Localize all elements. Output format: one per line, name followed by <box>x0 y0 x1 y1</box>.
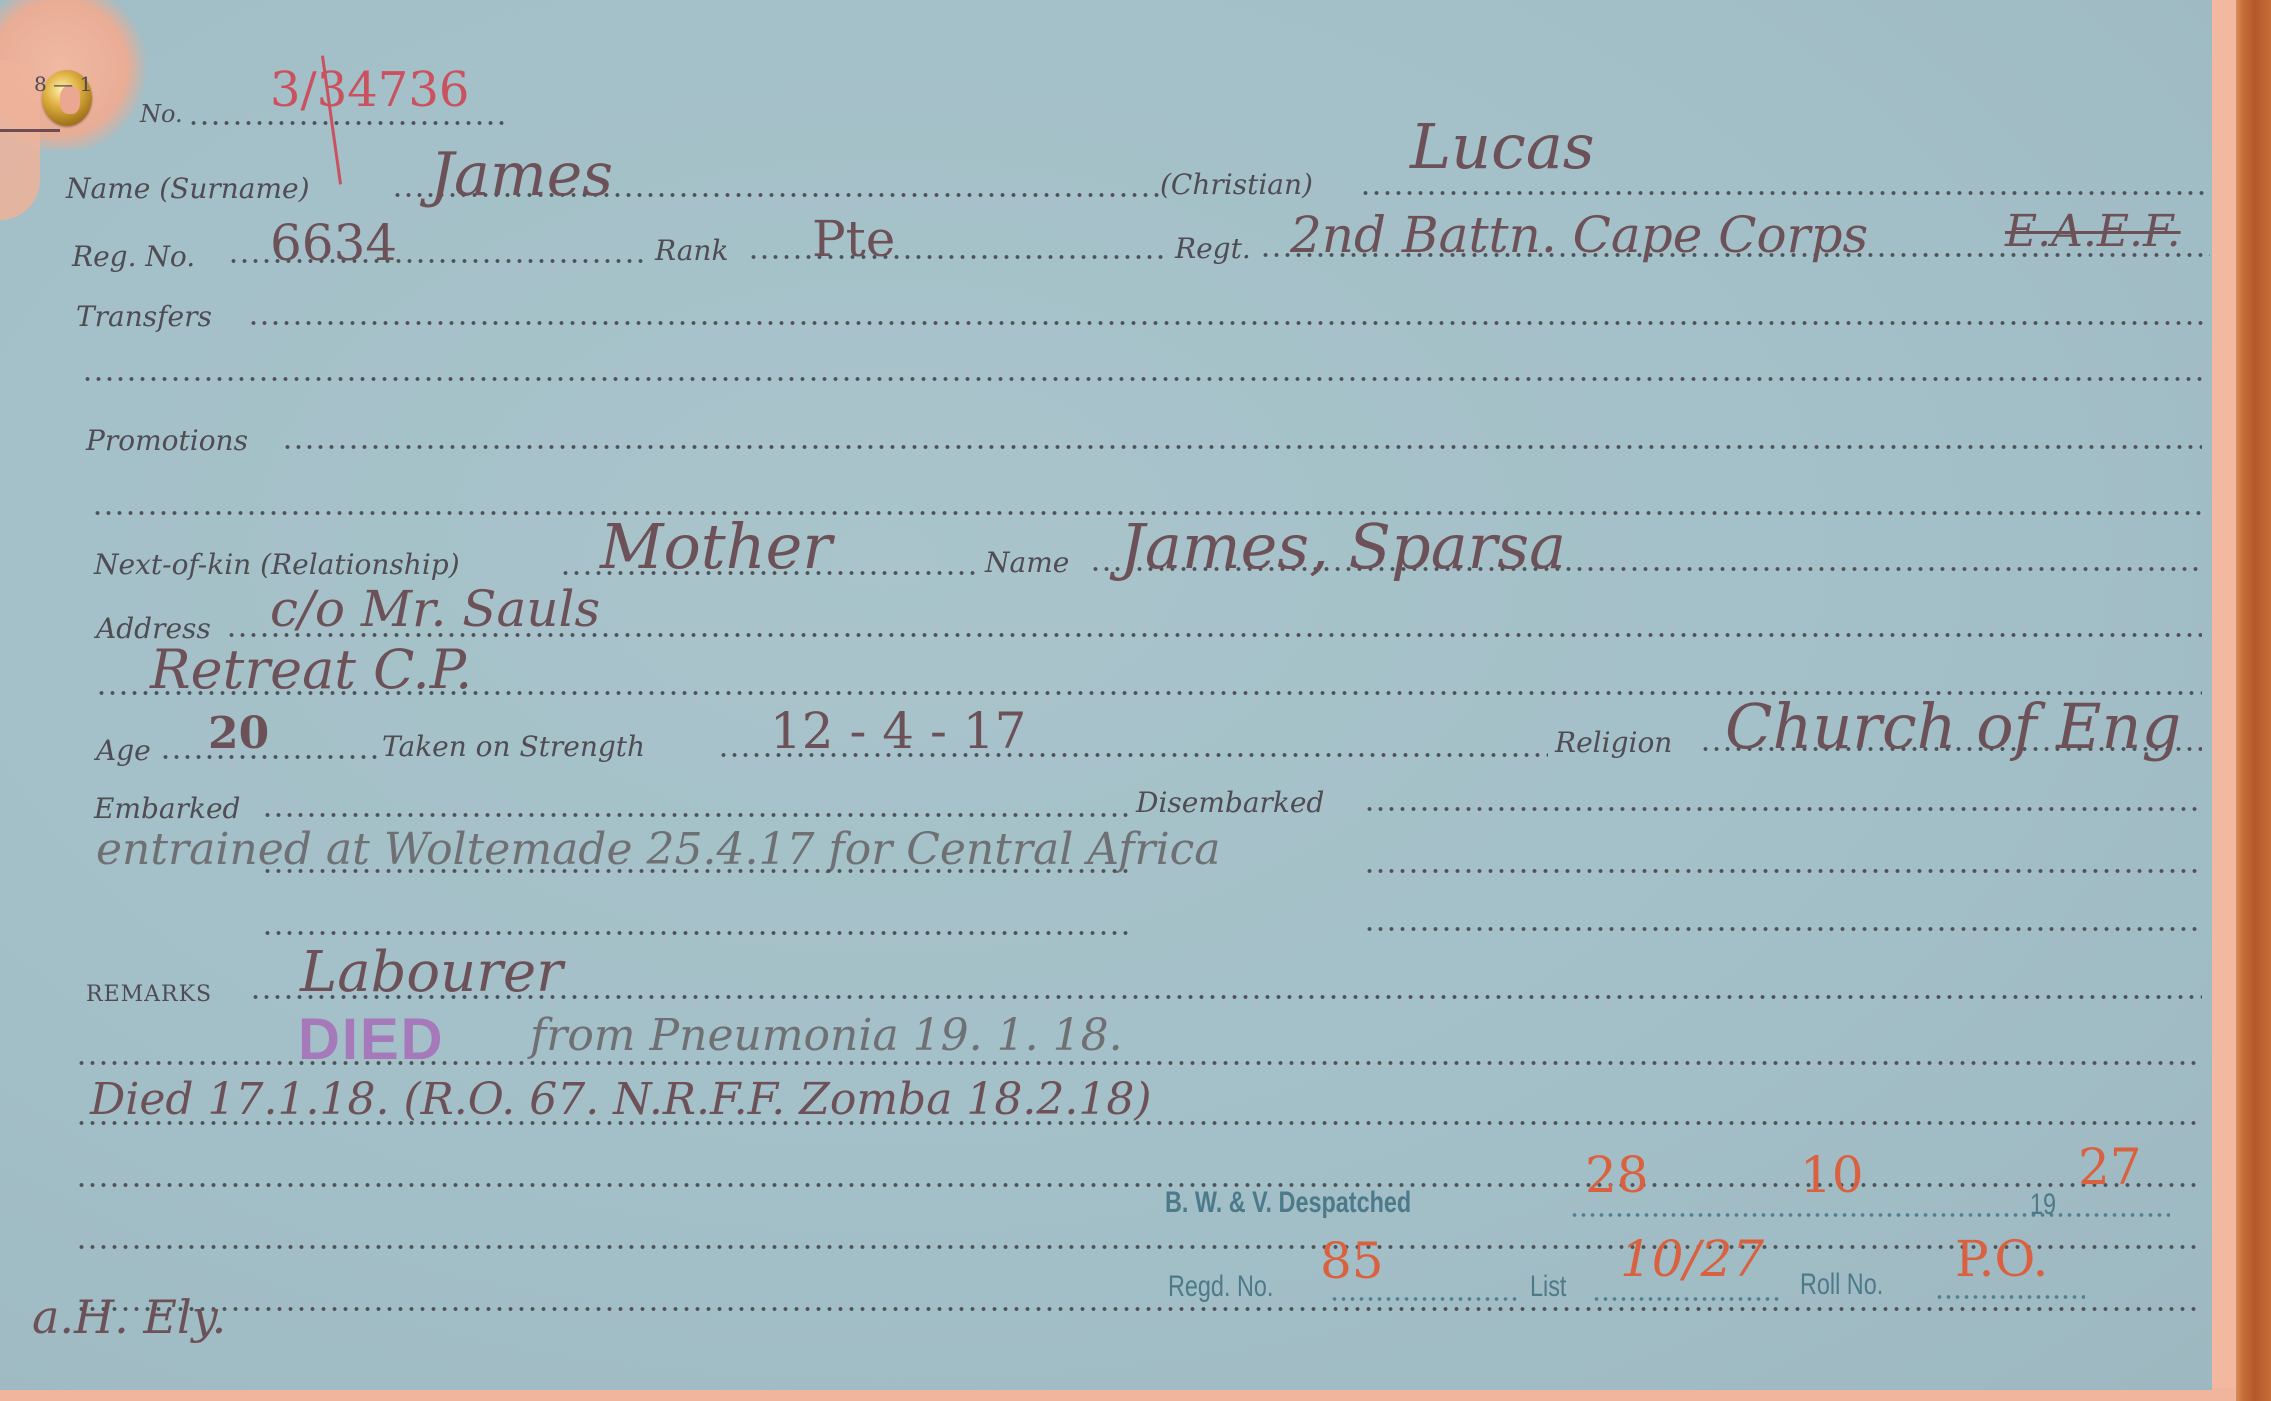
remarks-cause: from Pneumonia 19. 1. 18. <box>530 1010 1123 1061</box>
disembarked-dotted-line-3 <box>1364 926 2202 932</box>
disembarked-dotted-line-2 <box>1364 868 2202 874</box>
bwv-despatched-label: B. W. & V. Despatched <box>1165 1186 1411 1220</box>
nok-relationship-label: Next-of-kin (Relationship) <box>94 548 460 581</box>
reg-no-value: 6634 <box>270 214 397 272</box>
number-dotted-line <box>188 120 510 126</box>
list-label: List <box>1530 1270 1566 1304</box>
clerk-initials: a.H. Ely. <box>32 1290 226 1344</box>
bwv-day: 28 <box>1585 1146 1649 1204</box>
bwv-year: 27 <box>2078 1138 2142 1196</box>
roll-no-value: P.O. <box>1955 1230 2048 1288</box>
rank-value: Pte <box>812 210 895 268</box>
nok-relationship-value: Mother <box>600 510 832 583</box>
embarked-dotted-line <box>262 812 1132 818</box>
remarks-dotted-line-2 <box>76 1060 2202 1066</box>
age-label: Age <box>96 734 151 767</box>
bottom-dotted-line <box>76 1244 2202 1250</box>
roll-no-label: Roll No. <box>1800 1268 1883 1302</box>
nok-name-value: James, Sparsa <box>1120 510 1566 583</box>
bwv-year-prefix: 19 <box>2030 1188 2056 1222</box>
promotions-label: Promotions <box>86 424 248 457</box>
bwv-month: 10 <box>1800 1146 1864 1204</box>
surname-value: James <box>430 140 613 210</box>
regd-no-value: 85 <box>1320 1232 1384 1290</box>
taken-on-strength-value: 12 - 4 - 17 <box>770 702 1026 760</box>
remarks-label: REMARKS <box>86 982 212 1007</box>
nok-name-label: Name <box>985 546 1069 579</box>
christian-label: (Christian) <box>1160 168 1313 201</box>
religion-value: Church of Eng <box>1725 690 2181 763</box>
transfers-dotted-line-2 <box>82 376 2202 382</box>
remarks-occupation: Labourer <box>300 940 563 1005</box>
regd-no-label: Regd. No. <box>1168 1270 1273 1304</box>
regt-label: Regt. <box>1175 232 1251 265</box>
regt-value: 2nd Battn. Cape Corps <box>1290 206 1868 264</box>
rank-label: Rank <box>655 234 728 267</box>
bottom-dotted-line-2 <box>76 1306 2202 1312</box>
number-value: 3/34736 <box>270 62 469 118</box>
roll-no-dotted-line <box>1935 1294 2085 1300</box>
remarks-dotted-line-4 <box>76 1182 2202 1188</box>
disembarked-label: Disembarked <box>1136 786 1324 819</box>
embarked-label: Embarked <box>94 792 240 825</box>
age-value: 20 <box>208 708 269 759</box>
service-record-card: 8 — 1 No. 3/34736 Name (Surname) James (… <box>0 0 2212 1390</box>
transfers-label: Transfers <box>76 300 212 333</box>
form-code: 8 — 1 <box>34 72 92 96</box>
religion-label: Religion <box>1555 726 1672 759</box>
bwv-dotted-line <box>1570 1212 2170 1218</box>
promotions-dotted-line <box>282 444 2202 450</box>
remarks-dotted-line-3 <box>76 1120 2202 1126</box>
number-label: No. <box>140 100 183 128</box>
list-value: 10/27 <box>1620 1230 1764 1288</box>
wooden-background <box>2230 0 2271 1401</box>
corner-rule <box>0 129 60 132</box>
transfers-dotted-line <box>248 320 2203 326</box>
embarked-dotted-line-3 <box>262 930 1132 936</box>
remarks-death-note: Died 17.1.18. (R.O. 67. N.R.F.F. Zomba 1… <box>90 1074 1152 1125</box>
regt-struck-value: E.A.E.F. <box>2005 206 2181 257</box>
address-line-1: c/o Mr. Sauls <box>270 580 600 638</box>
christian-dotted-line <box>1360 190 2205 196</box>
christian-value: Lucas <box>1410 110 1595 183</box>
taken-on-strength-label: Taken on Strength <box>382 730 645 763</box>
surname-label: Name (Surname) <box>66 172 310 205</box>
regd-no-dotted-line <box>1330 1296 1520 1302</box>
reg-no-label: Reg. No. <box>72 240 195 273</box>
rank-dotted-line <box>748 254 1168 260</box>
embarked-dotted-line-2 <box>262 868 1132 874</box>
disembarked-dotted-line <box>1364 806 2202 812</box>
list-dotted-line <box>1592 1296 1782 1302</box>
